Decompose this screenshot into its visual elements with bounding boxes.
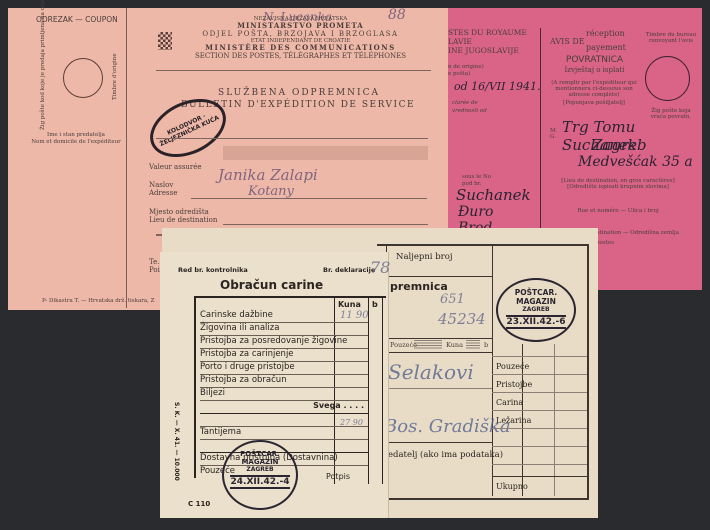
header-line6: SECTION DES POSTES, TÉLÉGRAPHES ET TÉLÉP…	[178, 52, 423, 60]
obracun-title: Obračun carine	[220, 278, 323, 292]
destination-note: [Lieu de destination, en gros caractères…	[548, 178, 688, 190]
povratnica-title: POVRATNICA	[552, 55, 637, 65]
row-clearance-fee: Pristojba za carinjenje	[200, 349, 368, 362]
coupon-vertical-left: Žig pošte kod koje je predaja primljena …	[40, 70, 50, 130]
printer-footer: P- Dikastra T. — Hrvatska drž. tiskara, …	[42, 298, 154, 304]
stamp-box-label: Timbre du bureau renvoyant l'avis	[644, 32, 698, 44]
header-line5: MINISTÈRE DES COMMUNICATIONS	[178, 44, 423, 52]
croatian-coat-of-arms-icon	[158, 32, 172, 50]
declaration-number-label: Br. deklaracije	[323, 266, 375, 274]
handwritten-surname: Suchanek	[456, 186, 531, 204]
customs-row: Carina	[496, 398, 523, 407]
label-number-label: Naljepni broj	[396, 252, 452, 262]
postes-label: postes	[596, 240, 614, 246]
coupon-divider	[126, 8, 127, 308]
row-total: Svega . . . .	[200, 401, 368, 414]
coupon-header: ODREZAK — COUPON	[36, 16, 118, 24]
sender-label-fr: Nom et domicile de l'expéditeur	[28, 139, 124, 145]
declared-label: clarée de	[452, 100, 478, 106]
form-code: C 110	[188, 500, 210, 508]
handwritten-street: Medvešćak 35 a	[578, 154, 693, 170]
storage-row: Ležarina	[496, 416, 531, 425]
row-stamps: Biljezi	[200, 388, 368, 401]
instruction-note: (A remplir par l'expéditeur qui mentionn…	[548, 80, 640, 98]
handwritten-amount-1: 11 90	[340, 310, 369, 321]
sender-label-hr: Ime i stan predatelja	[28, 132, 124, 138]
fees-row: Pristojbe	[496, 380, 532, 389]
handwritten-date: od 16/VII 1941.	[454, 80, 541, 93]
handwritten-sender: Selakovi	[388, 360, 474, 384]
b-label: b	[484, 342, 488, 348]
row-postage: Porto i druge pristojbe	[200, 362, 368, 375]
header-line2: MINISTARSTVO PROMETA	[178, 22, 423, 30]
signature-label: Potpis	[326, 472, 350, 481]
coupon-vertical-right: Timbre d'origine	[112, 53, 118, 100]
side-print-code: S. K. — X. 41. — 10.000	[173, 402, 180, 481]
value-label: Valeur assurée	[149, 163, 202, 171]
address-label-hr: Naslov	[149, 181, 173, 189]
postmark-stamp-2: POŠTCAR. MAGAZIN ZAGREB 24.XII.42.-4	[222, 440, 298, 510]
sender-label-partial: edatelj (ako ima podataka)	[388, 450, 503, 460]
handwritten-firstname: Đuro	[458, 204, 493, 220]
total-row: Ukupno	[496, 482, 528, 491]
kuna-label: Kuna	[446, 342, 463, 348]
row-royalty: Tantijema	[200, 427, 368, 440]
control-number-label: Red br. kontrolnika	[178, 266, 248, 274]
address-label-fr: Adresse	[149, 189, 177, 197]
handwritten-number-2: 45234	[438, 310, 486, 328]
country-line1: STES DU ROYAUME	[448, 28, 538, 37]
weight-label-hr: Te.	[149, 258, 160, 266]
sous-no-label: sous le No	[462, 174, 491, 180]
reception-label: réception	[586, 30, 625, 38]
customs-calculation-slip: Red br. kontrolnika Br. deklaracije 78 O…	[160, 252, 389, 518]
avis-de-label: AVIS DE	[550, 38, 585, 46]
handwritten-place: Bos. Gradiška	[384, 416, 511, 437]
value-shaded-box	[223, 146, 428, 160]
title-hr: SLUŽBENA ODPREMNICA	[168, 88, 430, 98]
country-line3: INE JUGOSLAVIJE	[448, 46, 538, 55]
origin-label: n de origine)	[448, 64, 484, 70]
row-stamp-fee: Žigovina ili analiza	[200, 323, 368, 336]
handwritten-city: Zagreb	[592, 136, 647, 154]
declared-label-hr: vrednosti od	[452, 108, 487, 114]
row-calculation-fee: Pristojba za obračun	[200, 375, 368, 388]
address-value-2: Kotany	[248, 184, 294, 199]
b-column-header: b	[372, 300, 378, 309]
postmark-stamp-1: POŠTCAR. MAGAZIN ZAGREB 23.XII.42.-6	[496, 278, 576, 342]
destination-label-hr: Mjesto odredišta	[149, 208, 209, 216]
povratnica-subtitle: Izvještaj o isplati	[552, 66, 637, 74]
row-mediation-fee: Pristojba za posredovanje žigovine	[200, 336, 368, 349]
stamp-circle	[63, 58, 103, 98]
cod-label: Pouzeće	[390, 342, 417, 348]
handwritten-number-1: 651	[440, 292, 465, 307]
header-line3: ODJEL POŠTA, BRZOJAVA I BRZOGLASA	[178, 30, 423, 38]
destination-label-fr: Lieu de destination	[149, 216, 217, 224]
address-value-1: Janika Zalapi	[218, 166, 318, 184]
origin-label-hr: e pošta)	[448, 71, 470, 77]
mg-label: M. G.	[550, 128, 560, 140]
handwritten-amount-2: 27 90	[340, 418, 363, 427]
kuna-column-header: Kuna	[338, 300, 361, 309]
country-line2: LAVIE	[448, 37, 538, 46]
handwritten-declaration-number: 78	[370, 258, 390, 277]
cod-row: Pouzeće	[496, 362, 529, 371]
street-label: Rue et numéro — Ulica i broj	[548, 208, 688, 214]
weight-label-fr: Poi	[149, 266, 160, 274]
payement-label: payement	[586, 44, 626, 52]
stamp-circle	[645, 56, 690, 101]
header-rule	[156, 70, 431, 71]
instruction-note-hr: [Popunjava pošiljatelj]	[548, 100, 640, 106]
